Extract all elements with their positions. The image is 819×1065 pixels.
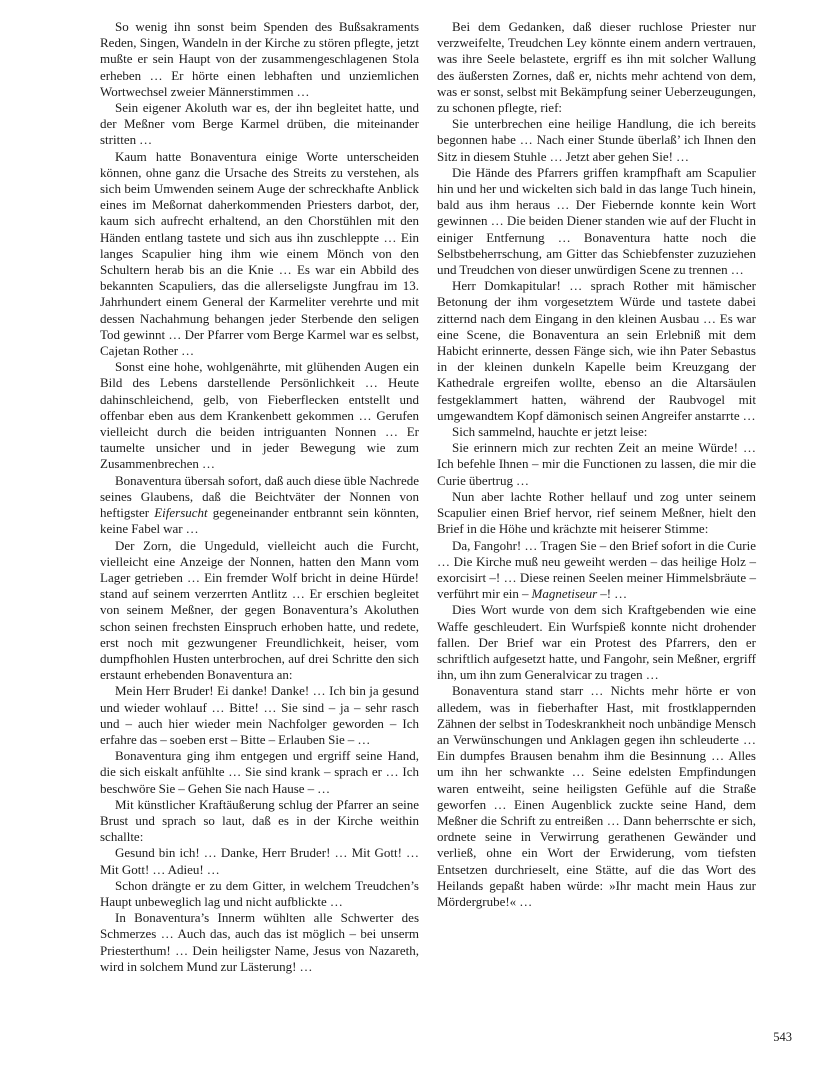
paragraph: Bei dem Gedanken, daß dieser ruchlose Pr… — [437, 19, 756, 116]
paragraph: Sein eigener Akoluth war es, der ihn beg… — [100, 100, 419, 149]
right-column: Bei dem Gedanken, daß dieser ruchlose Pr… — [437, 19, 756, 975]
text-run: Der Zorn, die Ungeduld, vielleicht auch … — [100, 538, 419, 683]
text-run: –! … — [597, 586, 627, 601]
paragraph: Sonst eine hohe, wohlgenährte, mit glühe… — [100, 359, 419, 472]
text-run: Sich sammelnd, hauchte er jetzt leise: — [452, 424, 647, 439]
paragraph: Mit künstlicher Kraftäußerung schlug der… — [100, 797, 419, 846]
page-number: 543 — [773, 1030, 792, 1045]
text-run: So wenig ihn sonst beim Spenden des Bußs… — [100, 19, 419, 99]
text-run: In Bonaventura’s Innerm wühlten alle Sch… — [100, 910, 419, 974]
text-run: Kaum hatte Bonaventura einige Worte unte… — [100, 149, 419, 358]
paragraph: Schon drängte er zu dem Gitter, in welch… — [100, 878, 419, 910]
paragraph: In Bonaventura’s Innerm wühlten alle Sch… — [100, 910, 419, 975]
paragraph: Sie erinnern mich zur rechten Zeit an me… — [437, 440, 756, 489]
text-run: Bei dem Gedanken, daß dieser ruchlose Pr… — [437, 19, 756, 115]
text-run: Schon drängte er zu dem Gitter, in welch… — [100, 878, 419, 909]
emphasized-text: Magnetiseur — [532, 586, 598, 601]
text-run: Mit künstlicher Kraftäußerung schlug der… — [100, 797, 419, 844]
text-run: Sonst eine hohe, wohlgenährte, mit glühe… — [100, 359, 419, 471]
paragraph: So wenig ihn sonst beim Spenden des Bußs… — [100, 19, 419, 100]
text-run: Dies Wort wurde von dem sich Kraftgebend… — [437, 602, 756, 682]
text-run: Gesund bin ich! … Danke, Herr Bruder! … … — [100, 845, 419, 876]
paragraph: Da, Fangohr! … Tragen Sie – den Brief so… — [437, 538, 756, 603]
paragraph: Bonaventura ging ihm entgegen und ergrif… — [100, 748, 419, 797]
text-run: Die Hände des Pfarrers griffen krampfhaf… — [437, 165, 756, 277]
book-page-body: So wenig ihn sonst beim Spenden des Bußs… — [100, 19, 756, 975]
paragraph: Gesund bin ich! … Danke, Herr Bruder! … … — [100, 845, 419, 877]
paragraph: Die Hände des Pfarrers griffen krampfhaf… — [437, 165, 756, 278]
left-column: So wenig ihn sonst beim Spenden des Bußs… — [100, 19, 419, 975]
paragraph: Sie unterbrechen eine heilige Handlung, … — [437, 116, 756, 165]
text-run: Herr Domkapitular! … sprach Rother mit h… — [437, 278, 756, 423]
emphasized-text: Eifersucht — [154, 505, 207, 520]
text-run: Sie unterbrechen eine heilige Handlung, … — [437, 116, 756, 163]
text-run: Mein Herr Bruder! Ei danke! Danke! … Ich… — [100, 683, 419, 747]
paragraph: Sich sammelnd, hauchte er jetzt leise: — [437, 424, 756, 440]
text-run: Sie erinnern mich zur rechten Zeit an me… — [437, 440, 756, 487]
text-run: Nun aber lachte Rother hellauf und zog u… — [437, 489, 756, 536]
paragraph: Bonaventura stand starr … Nichts mehr hö… — [437, 683, 756, 910]
paragraph: Mein Herr Bruder! Ei danke! Danke! … Ich… — [100, 683, 419, 748]
paragraph: Bonaventura übersah sofort, daß auch die… — [100, 473, 419, 538]
paragraph: Dies Wort wurde von dem sich Kraftgebend… — [437, 602, 756, 683]
text-run: Bonaventura stand starr … Nichts mehr hö… — [437, 683, 756, 909]
paragraph: Kaum hatte Bonaventura einige Worte unte… — [100, 149, 419, 360]
paragraph: Herr Domkapitular! … sprach Rother mit h… — [437, 278, 756, 424]
paragraph: Nun aber lachte Rother hellauf und zog u… — [437, 489, 756, 538]
paragraph: Der Zorn, die Ungeduld, vielleicht auch … — [100, 538, 419, 684]
text-run: Sein eigener Akoluth war es, der ihn beg… — [100, 100, 419, 147]
text-run: Bonaventura ging ihm entgegen und ergrif… — [100, 748, 419, 795]
